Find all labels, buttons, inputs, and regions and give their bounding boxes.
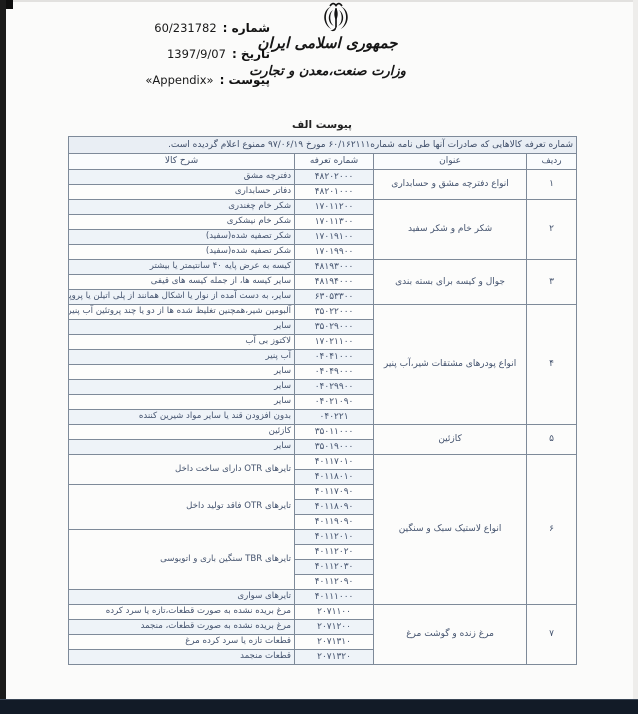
- goods-description-cell: تایرهای OTR فاقد تولید داخل: [69, 485, 295, 530]
- tariff-code-cell: ۴۸۲۰۲۰۰۰: [295, 170, 374, 185]
- tariff-code-cell: ۳۵۰۱۹۰۰۰: [295, 440, 374, 455]
- goods-description-cell: سایر: [69, 320, 295, 335]
- tariff-code-cell: ۴۸۲۰۱۰۰۰: [295, 185, 374, 200]
- tariff-code-cell: ۱۷۰۱۱۳۰۰: [295, 215, 374, 230]
- letter-number-label: شماره :: [223, 21, 270, 35]
- tariff-code-cell: ۴۸۱۹۳۰۰۰: [295, 260, 374, 275]
- letter-number-field: شماره : 60/231782: [128, 21, 270, 47]
- tariff-code-cell: ۴۰۱۱۲۰۹۰: [295, 575, 374, 590]
- goods-description-cell: سایر: [69, 380, 295, 395]
- category-title-cell: مرغ زنده و گوشت مرغ: [374, 605, 527, 665]
- goods-description-cell: شکر تصفیه شده(سفید): [69, 230, 295, 245]
- goods-description-cell: شکر تصفیه شده(سفید): [69, 245, 295, 260]
- goods-description-cell: کازئین: [69, 425, 295, 440]
- goods-description-cell: مرغ بریده نشده به صورت قطعات، منجمد: [69, 620, 295, 635]
- goods-description-cell: دفترچه مشق: [69, 170, 295, 185]
- tariff-code-cell: ۴۰۱۱۷۰۹۰: [295, 485, 374, 500]
- category-title-cell: کازئین: [374, 425, 527, 455]
- letter-date-label: تاریخ :: [232, 47, 270, 61]
- tariff-code-cell: ۳۵۰۲۲۰۰۰: [295, 305, 374, 320]
- tariff-code-cell: ۳۵۰۲۹۰۰۰: [295, 320, 374, 335]
- table-row: ۶انواع لاستیک سبک و سنگین۴۰۱۱۷۰۱۰تایرهای…: [69, 455, 577, 470]
- goods-description-cell: سایر، به دست آمده از نوار یا اشکال همانن…: [69, 290, 295, 305]
- goods-description-cell: سایر: [69, 365, 295, 380]
- table-row: ۱انواع دفترچه مشق و حسابداری۴۸۲۰۲۰۰۰دفتر…: [69, 170, 577, 185]
- tariff-table-body: ۱انواع دفترچه مشق و حسابداری۴۸۲۰۲۰۰۰دفتر…: [69, 170, 577, 665]
- goods-description-cell: سایر کیسه ها، از جمله کیسه های قیفی: [69, 275, 295, 290]
- letter-date-field: تاریخ : 1397/9/07: [128, 47, 270, 73]
- table-row: ۳جوال و کیسه برای بسته بندی۴۸۱۹۳۰۰۰کیسه …: [69, 260, 577, 275]
- tariff-code-cell: ۳۵۰۱۱۰۰۰: [295, 425, 374, 440]
- tariff-code-cell: ۲۰۷۱۳۱۰: [295, 635, 374, 650]
- letter-attachment-label: پیوست :: [220, 73, 270, 87]
- goods-description-cell: سایر: [69, 440, 295, 455]
- goods-description-cell: دفاتر حسابداری: [69, 185, 295, 200]
- row-index-cell: ۲: [527, 200, 577, 260]
- letter-meta-fields: شماره : 60/231782 تاریخ : 1397/9/07 پیوس…: [128, 21, 270, 99]
- tariff-code-cell: ۴۸۱۹۴۰۰۰: [295, 275, 374, 290]
- table-row: ۴انواع پودرهای مشتقات شیر،آب پنیر۳۵۰۲۲۰۰…: [69, 305, 577, 320]
- tariff-table: شماره تعرفه کالاهایی که صادرات آنها طی ن…: [68, 136, 577, 665]
- goods-description-cell: کیسه به عرض پایه ۴۰ سانتیمتر یا بیشتر: [69, 260, 295, 275]
- tariff-code-cell: ۴۰۱۱۲۰۱۰: [295, 530, 374, 545]
- letter-attachment-field: پیوست : «Appendix»: [128, 73, 270, 99]
- header-goods-description: شرح کالا: [69, 154, 295, 170]
- category-title-cell: انواع دفترچه مشق و حسابداری: [374, 170, 527, 200]
- scanned-document-page: { "colors":{ "bottom_bar":"#121b27", "le…: [0, 0, 638, 714]
- table-row: ۷مرغ زنده و گوشت مرغ۲۰۷۱۱۰۰مرغ بریده نشد…: [69, 605, 577, 620]
- goods-description-cell: مرغ بریده نشده به صورت قطعات،تازه یا سرد…: [69, 605, 295, 620]
- goods-description-cell: بدون افزودن قند یا سایر مواد شیرین کننده: [69, 410, 295, 425]
- bottom-scan-bar: [0, 699, 638, 714]
- tariff-code-cell: ۲۰۷۱۱۰۰: [295, 605, 374, 620]
- tariff-code-cell: ۱۷۰۱۱۲۰۰: [295, 200, 374, 215]
- goods-description-cell: شکر خام نیشکری: [69, 215, 295, 230]
- tariff-code-cell: ۱۷۰۱۹۹۰۰: [295, 245, 374, 260]
- row-index-cell: ۵: [527, 425, 577, 455]
- table-row: ۲شکر خام و شکر سفید۱۷۰۱۱۲۰۰شکر خام چغندر…: [69, 200, 577, 215]
- category-title-cell: جوال و کیسه برای بسته بندی: [374, 260, 527, 305]
- scan-left-edge: [0, 0, 6, 714]
- header-tariff-number: شماره تعرفه: [295, 154, 374, 170]
- row-index-cell: ۶: [527, 455, 577, 605]
- iran-allah-emblem-icon: [317, 1, 355, 37]
- goods-description-cell: آلبومین شیر،همچنین تغلیظ شده ها از دو یا…: [69, 305, 295, 320]
- letter-date-value: 1397/9/07: [167, 47, 226, 61]
- row-index-cell: ۷: [527, 605, 577, 665]
- goods-description-cell: شکر خام چغندری: [69, 200, 295, 215]
- table-caption-row: شماره تعرفه کالاهایی که صادرات آنها طی ن…: [69, 137, 577, 154]
- tariff-code-cell: ۴۰۱۱۹۰۹۰: [295, 515, 374, 530]
- tariff-code-cell: ۴۰۱۱۱۰۰۰: [295, 590, 374, 605]
- table-header-row: ردیف عنوان شماره تعرفه شرح کالا: [69, 154, 577, 170]
- row-index-cell: ۳: [527, 260, 577, 305]
- scan-right-edge: [633, 0, 638, 714]
- tariff-code-cell: ۴۰۱۱۲۰۳۰: [295, 560, 374, 575]
- category-title-cell: انواع لاستیک سبک و سنگین: [374, 455, 527, 605]
- tariff-code-cell: ۰۴۰۴۹۰۰۰: [295, 365, 374, 380]
- row-index-cell: ۱: [527, 170, 577, 200]
- goods-description-cell: سایر: [69, 395, 295, 410]
- tariff-code-cell: ۱۷۰۲۱۱۰۰: [295, 335, 374, 350]
- letter-number-value: 60/231782: [154, 21, 216, 35]
- tariff-code-cell: ۴۰۱۱۷۰۱۰: [295, 455, 374, 470]
- tariff-code-cell: ۴۰۱۱۸۰۱۰: [295, 470, 374, 485]
- header-row-index: ردیف: [527, 154, 577, 170]
- tariff-code-cell: ۶۳۰۵۳۳۰۰: [295, 290, 374, 305]
- tariff-code-cell: ۲۰۷۱۳۲۰: [295, 650, 374, 665]
- appendix-title: پیوست الف: [68, 119, 576, 131]
- category-title-cell: انواع پودرهای مشتقات شیر،آب پنیر: [374, 305, 527, 425]
- goods-description-cell: آب پنیر: [69, 350, 295, 365]
- goods-description-cell: تایرهای TBR سنگین باری و اتوبوسی: [69, 530, 295, 590]
- tariff-code-cell: ۴۰۱۱۸۰۹۰: [295, 500, 374, 515]
- letter-attachment-value: «Appendix»: [145, 73, 213, 87]
- goods-description-cell: قطعات منجمد: [69, 650, 295, 665]
- tariff-code-cell: ۱۷۰۱۹۱۰۰: [295, 230, 374, 245]
- tariff-code-cell: ۴۰۱۱۲۰۲۰: [295, 545, 374, 560]
- header-title: عنوان: [374, 154, 527, 170]
- tariff-code-cell: ۰۴۰۴۱۰۰۰: [295, 350, 374, 365]
- goods-description-cell: لاکتوز بی آب: [69, 335, 295, 350]
- tariff-code-cell: ۰۴۰۲۹۹۰۰: [295, 380, 374, 395]
- document-page: جمهوری اسلامی ایران وزارت صنعت،معدن و تج…: [0, 0, 638, 714]
- goods-description-cell: تایرهای OTR دارای ساخت داخل: [69, 455, 295, 485]
- goods-description-cell: قطعات تازه یا سرد کرده مرغ: [69, 635, 295, 650]
- table-row: ۵کازئین۳۵۰۱۱۰۰۰کازئین: [69, 425, 577, 440]
- row-index-cell: ۴: [527, 305, 577, 425]
- tariff-code-cell: ۰۴۰۲۲۱: [295, 410, 374, 425]
- goods-description-cell: تایرهای سواری: [69, 590, 295, 605]
- tariff-code-cell: ۲۰۷۱۲۰۰: [295, 620, 374, 635]
- category-title-cell: شکر خام و شکر سفید: [374, 200, 527, 260]
- tariff-code-cell: ۰۴۰۲۱۰۹۰: [295, 395, 374, 410]
- table-caption: شماره تعرفه کالاهایی که صادرات آنها طی ن…: [69, 137, 577, 154]
